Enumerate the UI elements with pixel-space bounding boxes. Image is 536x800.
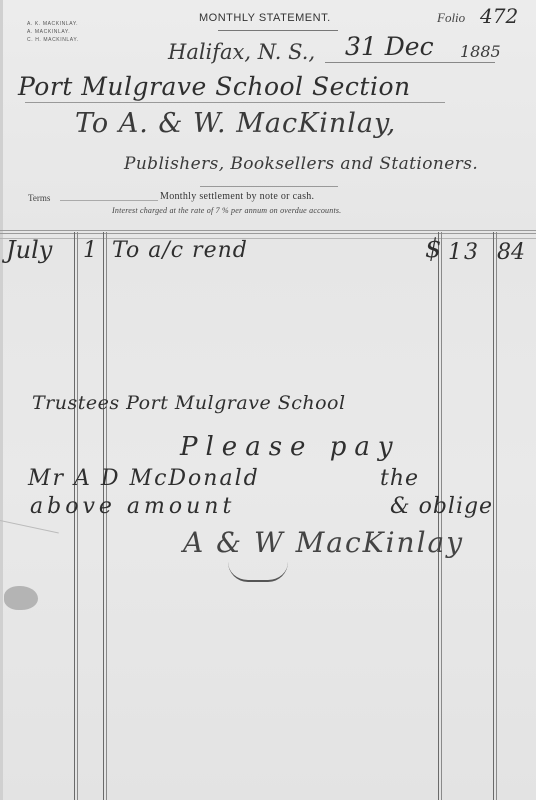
signature-flourish (228, 562, 288, 582)
note-above-amount: above amount (30, 494, 235, 519)
entry-cents: 84 (497, 240, 525, 265)
paper-edge (0, 0, 3, 800)
interest-notice: Interest charged at the rate of 7 % per … (112, 206, 341, 215)
statement-year: 1885 (460, 42, 501, 61)
ledger-top-rule-2 (0, 233, 536, 234)
note-payee: Mr A D McDonald (28, 466, 260, 491)
signature: A & W MacKinlay (183, 526, 464, 559)
statement-title: MONTHLY STATEMENT. (199, 12, 331, 24)
note-the: the (380, 466, 419, 491)
partner-name: A. K. MACKINLAY. (27, 20, 79, 28)
title-underline (218, 30, 338, 31)
note-oblige: & oblige (390, 494, 493, 519)
statement-paper: A. K. MACKINLAY. A. MACKINLAY. C. H. MAC… (0, 0, 536, 800)
folio-number: 472 (480, 4, 518, 28)
date-rule (325, 62, 495, 63)
trades-rule (200, 186, 338, 187)
terms-rule (60, 200, 158, 201)
entry-month: July (6, 236, 52, 264)
place-of-issue: Halifax, N. S., (168, 40, 315, 64)
customer-rule (25, 102, 445, 103)
column-rule-cents-double (496, 232, 497, 800)
entry-day: 1 (83, 238, 97, 263)
partner-name: C. H. MACKINLAY. (27, 36, 79, 44)
ledger-top-rule (0, 230, 536, 231)
ledger-header-rule (0, 238, 536, 239)
customer-name: Port Mulgrave School Section (18, 72, 411, 101)
partners-list: A. K. MACKINLAY. A. MACKINLAY. C. H. MAC… (27, 20, 79, 44)
paper-stain (4, 586, 38, 610)
partner-name: A. MACKINLAY. (27, 28, 79, 36)
statement-date: 31 Dec (345, 32, 434, 61)
note-please-pay: Please pay (180, 432, 401, 462)
firm-trades: Publishers, Booksellers and Stationers. (124, 154, 478, 174)
entry-description: To a/c rend (112, 238, 248, 263)
folio-label: Folio (437, 10, 465, 26)
dollar-sign: $ (425, 234, 442, 264)
firm-name: To A. & W. MacKinlay, (75, 108, 396, 139)
entry-dollars: 13 (448, 240, 480, 265)
terms-text: Monthly settlement by note or cash. (160, 191, 314, 202)
column-rule-cents (493, 232, 494, 800)
note-addressee: Trustees Port Mulgrave School (32, 392, 346, 414)
paper-crease (0, 520, 59, 533)
terms-label: Terms (28, 193, 50, 203)
